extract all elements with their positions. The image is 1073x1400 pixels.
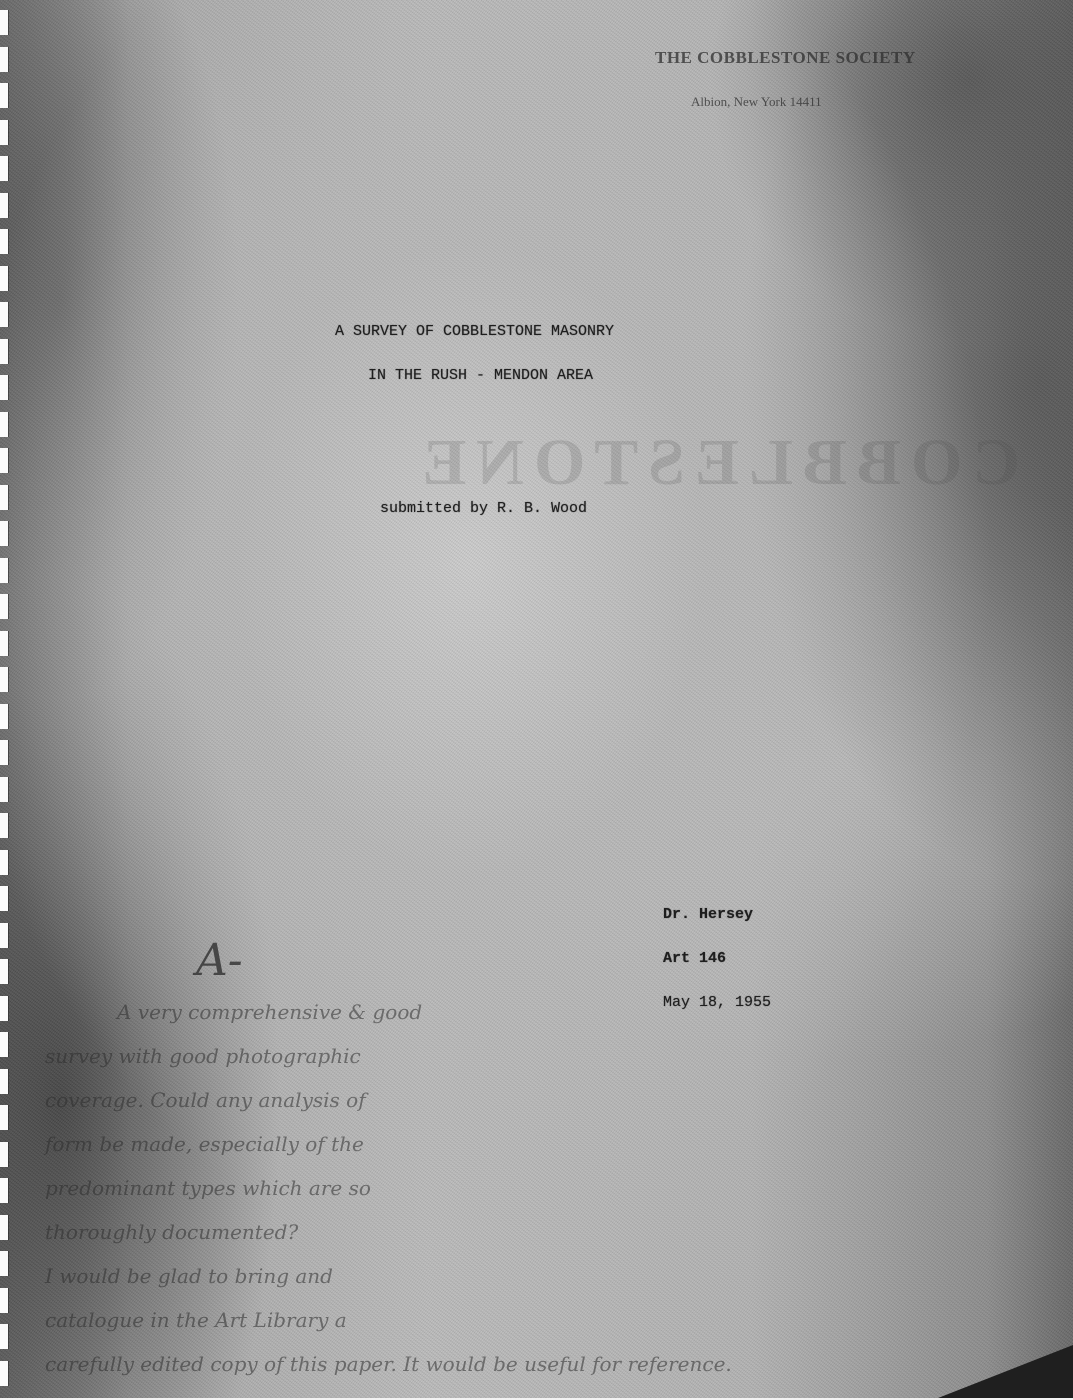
show-through-text: COBBLESTONE [200,425,1020,501]
binding-hole [0,521,8,546]
title-line-2: IN THE RUSH - MENDON AREA [368,367,593,384]
binding-hole [0,704,8,729]
handwritten-comment: A very comprehensive & good survey with … [45,990,1045,1386]
binding-hole [0,1105,8,1130]
binding-hole [0,412,8,437]
stamp-address: Albion, New York 14411 [691,94,955,110]
comment-line: predominant types which are so [45,1166,1045,1210]
binding-hole [0,1361,8,1386]
binding-hole [0,594,8,619]
binding-hole [0,229,8,254]
binding-hole [0,959,8,984]
binding-hole [0,1324,8,1349]
binding-hole [0,996,8,1021]
comment-line: thoroughly documented? [45,1210,1045,1254]
stamp-organization: THE COBBLESTONE SOCIETY [655,48,955,68]
title-line-1: A SURVEY OF COBBLESTONE MASONRY [335,323,614,340]
binding-hole [0,375,8,400]
comment-line: form be made, especially of the [45,1122,1045,1166]
binding-hole [0,923,8,948]
binding-hole [0,120,8,145]
course: Art 146 [663,937,771,981]
binding-hole [0,631,8,656]
binding-hole [0,1215,8,1240]
instructor: Dr. Hersey [663,893,771,937]
binding-hole [0,1288,8,1313]
binding-hole [0,339,8,364]
binding-hole [0,302,8,327]
binding-hole [0,485,8,510]
spiral-binding-holes [0,0,10,1400]
binding-hole [0,10,8,35]
binding-hole [0,777,8,802]
comment-line: carefully edited copy of this paper. It … [45,1342,1045,1386]
binding-hole [0,886,8,911]
comment-line: coverage. Could any analysis of [45,1078,1045,1122]
comment-line: A very comprehensive & good [45,990,1045,1034]
binding-hole [0,193,8,218]
folded-corner-shadow [933,1345,1073,1400]
byline: submitted by R. B. Wood [380,500,587,517]
binding-hole [0,667,8,692]
binding-hole [0,740,8,765]
document-page: COBBLESTONE THE COBBLESTONE SOCIETY Albi… [0,0,1073,1400]
binding-hole [0,156,8,181]
binding-hole [0,813,8,838]
binding-hole [0,1069,8,1094]
binding-hole [0,1251,8,1276]
comment-line: survey with good photographic [45,1034,1045,1078]
comment-line: catalogue in the Art Library a [45,1298,1045,1342]
binding-hole [0,850,8,875]
organization-stamp: THE COBBLESTONE SOCIETY Albion, New York… [655,48,955,110]
binding-hole [0,1032,8,1057]
binding-hole [0,1178,8,1203]
binding-hole [0,47,8,72]
handwritten-grade: A- [196,935,243,986]
binding-hole [0,1142,8,1167]
binding-hole [0,83,8,108]
binding-hole [0,266,8,291]
binding-hole [0,448,8,473]
binding-hole [0,558,8,583]
comment-line: I would be glad to bring and [45,1254,1045,1298]
